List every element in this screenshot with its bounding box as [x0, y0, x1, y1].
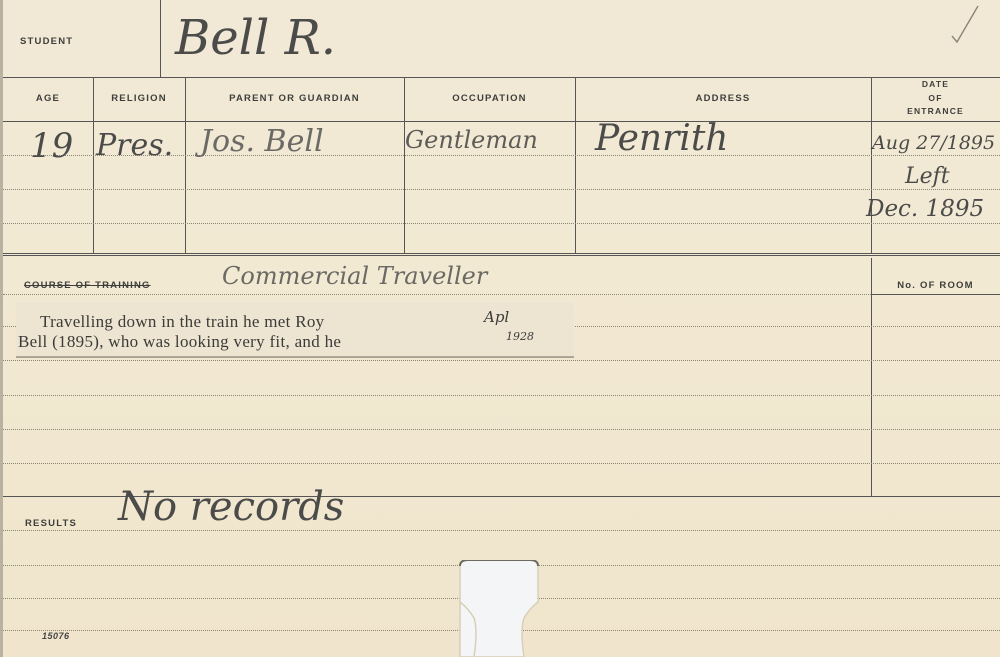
check-icon — [950, 4, 980, 44]
date-left-label: Left — [905, 164, 950, 189]
label-student: STUDENT — [20, 35, 73, 49]
course-of-training-value: Commercial Traveller — [222, 262, 487, 290]
divider — [3, 77, 1000, 78]
date-left-value: Dec. 1895 — [866, 196, 984, 222]
results-value: No records — [118, 484, 344, 530]
label-religion: RELIGION — [93, 92, 185, 106]
age-value: 19 — [30, 126, 73, 166]
dotted-rule — [3, 395, 1000, 396]
clipping-line-1: Travelling down in the train he met Roy — [40, 312, 324, 332]
occupation-value: Gentleman — [405, 126, 538, 154]
clipping-note-year: 1928 — [506, 330, 534, 343]
newspaper-clipping: Travelling down in the train he met Roy … — [16, 302, 574, 357]
label-no-of-room: No. OF ROOM — [871, 279, 1000, 293]
dotted-rule — [3, 223, 1000, 224]
divider — [3, 121, 1000, 122]
dotted-rule — [3, 360, 1000, 361]
label-date-of-entrance: DATE OF ENTRANCE — [871, 78, 1000, 119]
card-serial-number: 15076 — [42, 631, 70, 641]
divider — [160, 0, 161, 77]
label-occupation: OCCUPATION — [404, 92, 575, 106]
religion-value: Pres. — [96, 128, 173, 163]
student-name: Bell R. — [175, 10, 336, 66]
divider — [3, 253, 1000, 256]
dotted-rule — [3, 530, 1000, 531]
filing-notch — [458, 560, 540, 657]
label-parent-or-guardian: PARENT OR GUARDIAN — [185, 92, 404, 106]
dotted-rule — [3, 463, 1000, 464]
dotted-rule — [3, 294, 871, 295]
dotted-rule — [3, 189, 1000, 190]
label-results: RESULTS — [25, 517, 77, 531]
label-age: AGE — [3, 92, 93, 106]
address-value: Penrith — [595, 118, 728, 159]
student-record-card: STUDENT Bell R. AGE RELIGION PARENT OR G… — [0, 0, 1000, 657]
date-of-entrance-value: Aug 27/1895 — [872, 132, 995, 154]
label-address: ADDRESS — [575, 92, 871, 106]
dotted-rule — [3, 429, 1000, 430]
clipping-line-2: Bell (1895), who was looking very fit, a… — [18, 332, 341, 352]
clipping-note-month: Apl — [484, 308, 509, 326]
divider — [871, 294, 1000, 295]
parent-or-guardian-value: Jos. Bell — [200, 124, 324, 159]
label-course-of-training: COURSE OF TRAINING — [24, 279, 151, 293]
